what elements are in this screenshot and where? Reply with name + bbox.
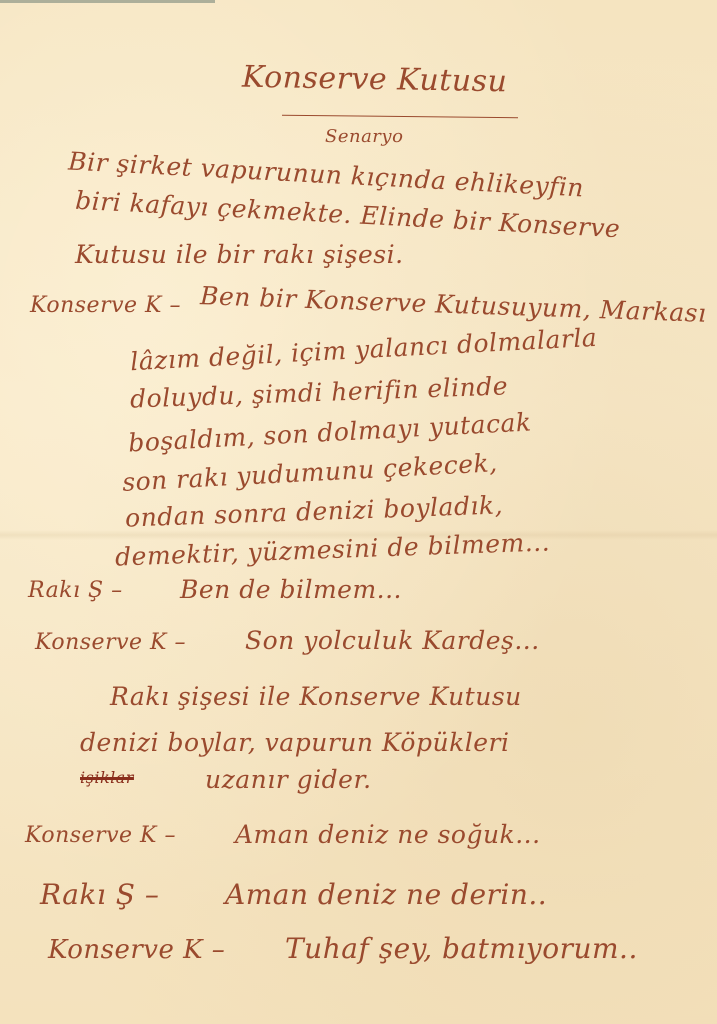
dialogue-line: Tuhaf şey, batmıyorum.. [285, 932, 638, 965]
speaker-label: Rakı Ş – [28, 578, 123, 603]
speaker-label: Konserve K – [35, 630, 186, 655]
stage-direction-line: denizi boylar, vapurun Köpükleri [80, 728, 509, 757]
stage-direction-line: Rakı şişesi ile Konserve Kutusu [110, 682, 522, 711]
intro-line: Kutusu ile bir rakı şişesi. [75, 240, 404, 269]
speaker-label: Konserve K – [48, 935, 225, 965]
struck-word: işiklar [80, 768, 134, 787]
torn-top-edge [0, 0, 215, 3]
dialogue-line: Son yolculuk Kardeş... [245, 626, 540, 655]
speaker-label: Konserve K – [30, 293, 181, 318]
dialogue-line: Aman deniz ne soğuk... [235, 820, 541, 849]
speaker-label: Konserve K – [25, 823, 176, 848]
dialogue-line: Aman deniz ne derin.. [225, 878, 547, 911]
document-title: Konserve Kutusu [242, 60, 508, 100]
dialogue-line: Ben de bilmem... [180, 575, 402, 604]
document-subtitle: Senaryo [325, 126, 403, 147]
speaker-label: Rakı Ş – [40, 878, 159, 911]
stage-direction-line: uzanır gider. [205, 765, 372, 794]
